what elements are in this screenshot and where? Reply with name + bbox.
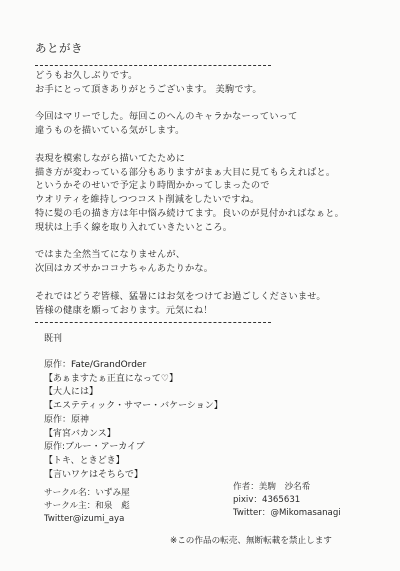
author-pixiv: pixiv：4365631	[233, 494, 341, 507]
text-line: 違うものを描いている気がします。	[35, 124, 375, 138]
text-line: ではまた全然当てになりませんが、	[35, 248, 375, 262]
afterword-page: あとがき どうもお久しぶりです。 お手にとって頂きありがとうございます。 美駒で…	[0, 0, 400, 571]
text-line: ウオリティを維持しつつコスト削減をしたいですね。	[35, 193, 375, 207]
author-info: 作者：美駒 沙名希 pixiv：4365631 Twitter：@Mikomas…	[233, 481, 341, 520]
work-line: 原作：原神	[44, 414, 223, 428]
circle-info: サークル名：いずみ屋 サークル主：和泉 彪 Twitter@izumi_aya	[44, 487, 130, 526]
text-line: というかそのせいで予定より時間かかってしまったので	[35, 179, 375, 193]
text-line: それではどうぞ皆様、猛暑にはお気をつけてお過ごしくださいませ。	[35, 290, 375, 304]
author-twitter: Twitter：@Mikomasanagi	[233, 507, 341, 520]
text-line: 描き方が変わっている部分もありますがまぁ大目に見てもらえればと。	[35, 166, 375, 180]
circle-name: サークル名：いずみ屋	[44, 487, 130, 500]
previous-works-title: 既刊	[44, 331, 62, 344]
page-title: あとがき	[35, 40, 83, 56]
work-line: 【エステティック・サマー・バケーション】	[44, 400, 223, 414]
paragraph: 今回はマリーでした。毎回このへんのキャラかなーっていって 違うものを描いている気…	[35, 110, 375, 138]
circle-twitter: Twitter@izumi_aya	[44, 513, 130, 526]
author-name: 作者：美駒 沙名希	[233, 481, 341, 494]
work-line: 【宵宮バカンス】	[44, 428, 223, 442]
work-line: 原作：Fate/GrandOrder	[44, 359, 223, 373]
work-line: 【大人には】	[44, 386, 223, 400]
text-line: 今回はマリーでした。毎回このへんのキャラかなーっていって	[35, 110, 375, 124]
afterword-body: どうもお久しぶりです。 お手にとって頂きありがとうございます。 美駒です。 今回…	[35, 69, 375, 331]
work-line: 【言いワケはそちらで】	[44, 469, 223, 483]
text-line: 特に髪の毛の描き方は年中悩み続けてます。良いのが見付かればなぁと。	[35, 207, 375, 221]
text-line: 次回はカズサかココナちゃんあたりかな。	[35, 262, 375, 276]
paragraph: どうもお久しぶりです。 お手にとって頂きありがとうございます。 美駒です。	[35, 69, 375, 97]
dashed-divider-bottom	[35, 322, 271, 323]
paragraph: それではどうぞ皆様、猛暑にはお気をつけてお過ごしくださいませ。 皆様の健康を願っ…	[35, 290, 375, 318]
work-line: 【トキ、ときどき】	[44, 455, 223, 469]
circle-owner: サークル主：和泉 彪	[44, 500, 130, 513]
paragraph: ではまた全然当てになりませんが、 次回はカズサかココナちゃんあたりかな。	[35, 248, 375, 276]
paragraph: 表現を模索しながら描いてたために 描き方が変わっている部分もありますがまぁ大目に…	[35, 152, 375, 235]
previous-works-list: 原作：Fate/GrandOrder 【あぁますたぁ正直になって♡】 【大人には…	[44, 359, 223, 482]
text-line: 現状は上手く線を取り入れていきたいところ。	[35, 221, 375, 235]
text-line: 皆様の健康を願っております。元気にね！	[35, 304, 375, 318]
work-line: 【あぁますたぁ正直になって♡】	[44, 373, 223, 387]
text-line: 表現を模索しながら描いてたために	[35, 152, 375, 166]
work-line: 原作:ブルー・アーカイブ	[44, 441, 223, 455]
text-line: どうもお久しぶりです。	[35, 69, 375, 83]
text-line: お手にとって頂きありがとうございます。 美駒です。	[35, 83, 375, 97]
dashed-divider-top	[35, 65, 271, 66]
copyright-notice: ※この作品の転売、無断転載を禁止します	[170, 534, 332, 546]
